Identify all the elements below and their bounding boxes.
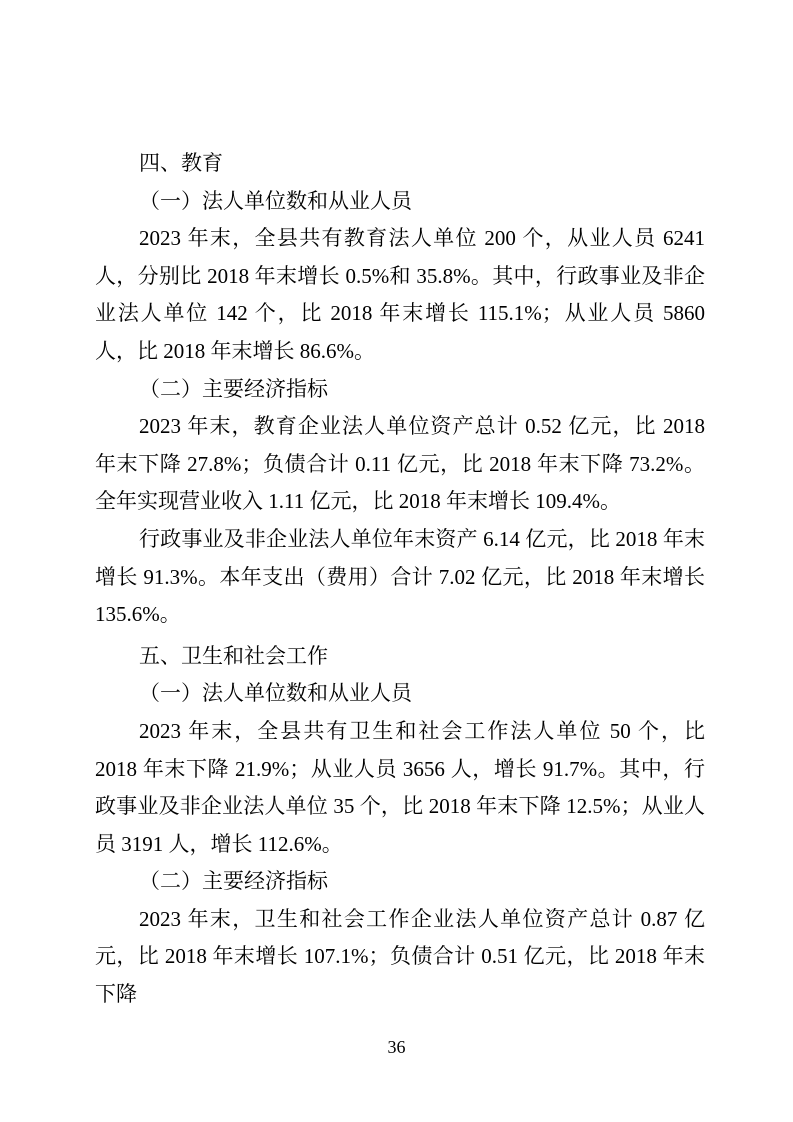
paragraph-education-admin-assets: 行政事业及非企业法人单位年末资产 6.14 亿元，比 2018 年末增长 91.…	[95, 521, 705, 634]
paragraph-education-enterprise-assets: 2023 年末，教育企业法人单位资产总计 0.52 亿元，比 2018 年末下降…	[95, 408, 705, 521]
page-number: 36	[0, 1036, 793, 1058]
subsection-heading-health-units-employees: （一）法人单位数和从业人员	[95, 675, 705, 713]
subsection-heading-education-economic-indicators: （二）主要经济指标	[95, 371, 705, 409]
document-body: 四、教育 （一）法人单位数和从业人员 2023 年末，全县共有教育法人单位 20…	[95, 145, 705, 1014]
subsection-heading-education-units-employees: （一）法人单位数和从业人员	[95, 183, 705, 221]
section-heading-health-social-work: 五、卫生和社会工作	[95, 638, 705, 676]
section-heading-education: 四、教育	[95, 145, 705, 183]
document-page: 四、教育 （一）法人单位数和从业人员 2023 年末，全县共有教育法人单位 20…	[0, 0, 793, 1122]
paragraph-education-units: 2023 年末，全县共有教育法人单位 200 个，从业人员 6241 人，分别比…	[95, 220, 705, 370]
subsection-heading-health-economic-indicators: （二）主要经济指标	[95, 863, 705, 901]
paragraph-health-enterprise-assets: 2023 年末，卫生和社会工作企业法人单位资产总计 0.87 亿元，比 2018…	[95, 901, 705, 1014]
paragraph-health-units: 2023 年末，全县共有卫生和社会工作法人单位 50 个，比 2018 年末下降…	[95, 713, 705, 863]
